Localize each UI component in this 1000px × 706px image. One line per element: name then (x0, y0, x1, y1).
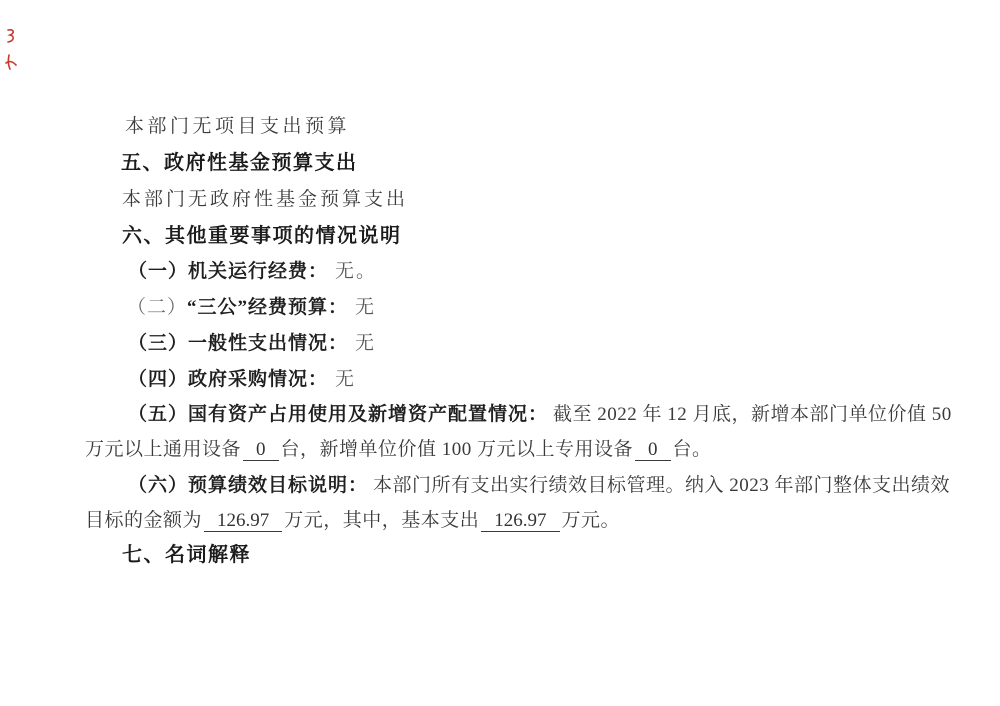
item6-text2b: 万元，其中，基本支出 (284, 510, 479, 531)
item6-label: （六）预算绩效目标说明： (128, 475, 368, 496)
item4-label: （四）政府采购情况： (128, 369, 328, 390)
item6-line1: （六）预算绩效目标说明：本部门所有支出实行绩效目标管理。纳入 2023 年部门整… (128, 476, 950, 495)
para-no-project-budget: 本部门无项目支出预算 (125, 117, 350, 136)
section5-heading: 五、政府性基金预算支出 (121, 153, 358, 173)
item6-line2: 目标的金额为126.97万元，其中，基本支出126.97万元。 (85, 511, 620, 532)
para-no-govfund-budget: 本部门无政府性基金预算支出 (122, 190, 408, 209)
item2-value: 无 (355, 297, 376, 318)
item2-prefix: （二） (127, 297, 187, 318)
item2-line: （二）“三公”经费预算：无 (127, 298, 376, 317)
item5-text2a: 万元以上通用设备 (85, 439, 241, 460)
document-page: 本部门无项目支出预算 五、政府性基金预算支出 本部门无政府性基金预算支出 六、其… (0, 0, 1000, 706)
item5-text1: 截至 2022 年 12 月底，新增本部门单位价值 50 (553, 404, 952, 425)
item3-value: 无 (355, 333, 376, 354)
item1-line: （一）机关运行经费：无。 (128, 262, 377, 281)
item6-text1: 本部门所有支出实行绩效目标管理。纳入 2023 年部门整体支出绩效 (373, 475, 950, 496)
item6-text2c: 万元。 (562, 510, 621, 531)
red-pen-mark-bottom (5, 54, 19, 71)
section7-heading: 七、名词解释 (122, 545, 251, 565)
section6-heading: 六、其他重要事项的情况说明 (122, 226, 402, 246)
item1-label: （一）机关运行经费： (128, 261, 328, 282)
item5-line2: 万元以上通用设备0台，新增单位价值 100 万元以上专用设备0台。 (85, 440, 712, 461)
item4-line: （四）政府采购情况：无 (128, 370, 356, 389)
item3-line: （三）一般性支出情况：无 (128, 334, 376, 353)
item1-value: 无。 (335, 261, 377, 282)
item6-underlined-value-2: 126.97 (481, 511, 559, 532)
item3-label: （三）一般性支出情况： (128, 333, 348, 354)
item5-underlined-value-1: 0 (243, 440, 279, 461)
item5-text2c: 台。 (673, 439, 712, 460)
item6-underlined-value-1: 126.97 (204, 511, 282, 532)
red-pen-mark-top (5, 28, 19, 44)
item5-line1: （五）国有资产占用使用及新增资产配置情况：截至 2022 年 12 月底，新增本… (128, 405, 952, 424)
item4-value: 无 (335, 369, 356, 390)
item6-text2a: 目标的金额为 (85, 510, 202, 531)
item5-underlined-value-2: 0 (635, 440, 671, 461)
item5-label: （五）国有资产占用使用及新增资产配置情况： (128, 404, 548, 425)
item2-label: “三公”经费预算： (187, 297, 348, 318)
item5-text2b: 台，新增单位价值 100 万元以上专用设备 (281, 439, 634, 460)
